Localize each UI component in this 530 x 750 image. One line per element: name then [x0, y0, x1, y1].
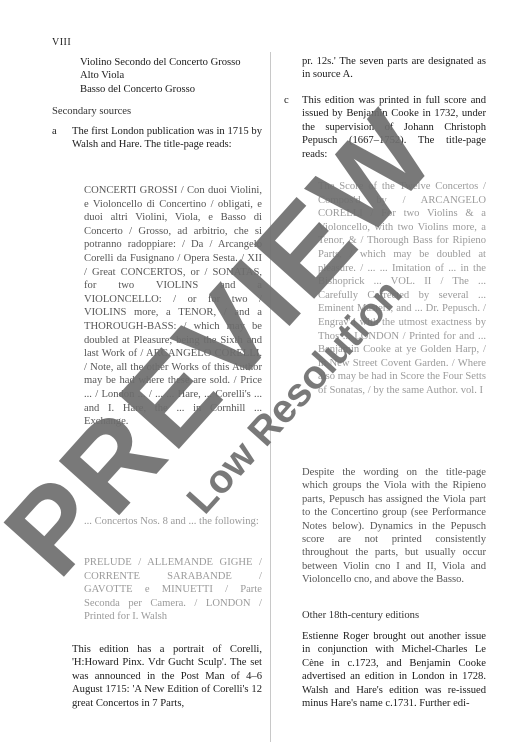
source-a-second-quote: PRELUDE / ALLEMANDE GIGHE / CORRENTE SAR…	[84, 556, 262, 624]
source-a-after-text: This edition has a portrait of Corelli, …	[72, 643, 262, 710]
pepusch-commentary: Despite the wording on the title-page wh…	[302, 466, 486, 587]
parts-list: Violino Secondo del Concerto Grosso Alto…	[80, 56, 265, 96]
source-a-label: a	[52, 125, 57, 138]
secondary-sources-heading: Secondary sources	[52, 106, 131, 117]
source-c-title-page-quote: The Score of the Twelve Concertos / Comp…	[318, 180, 486, 452]
part-item: Alto Viola	[80, 69, 265, 82]
source-c-label: c	[284, 94, 289, 107]
source-a-text: The first London publication was in 1715…	[72, 125, 262, 152]
page-number: VIII	[52, 37, 71, 48]
other-editions-text: Estienne Roger brought out another issue…	[302, 630, 486, 710]
part-item: Violino Secondo del Concerto Grosso	[80, 56, 265, 69]
right-continuation: pr. 12s.' The seven parts are designated…	[302, 55, 486, 82]
column-divider	[270, 52, 271, 742]
source-a-title-page-quote: CONCERTI GROSSI / Con duoi Violini, e Vi…	[84, 184, 262, 504]
source-a-second-quote-intro: ... Concertos Nos. 8 and ... the followi…	[84, 515, 262, 529]
document-page: VIII Violino Secondo del Concerto Grosso…	[0, 0, 530, 750]
other-editions-heading: Other 18th-century editions	[302, 610, 419, 621]
source-c-text: This edition was printed in full score a…	[302, 94, 486, 161]
part-item: Basso del Concerto Grosso	[80, 83, 265, 96]
